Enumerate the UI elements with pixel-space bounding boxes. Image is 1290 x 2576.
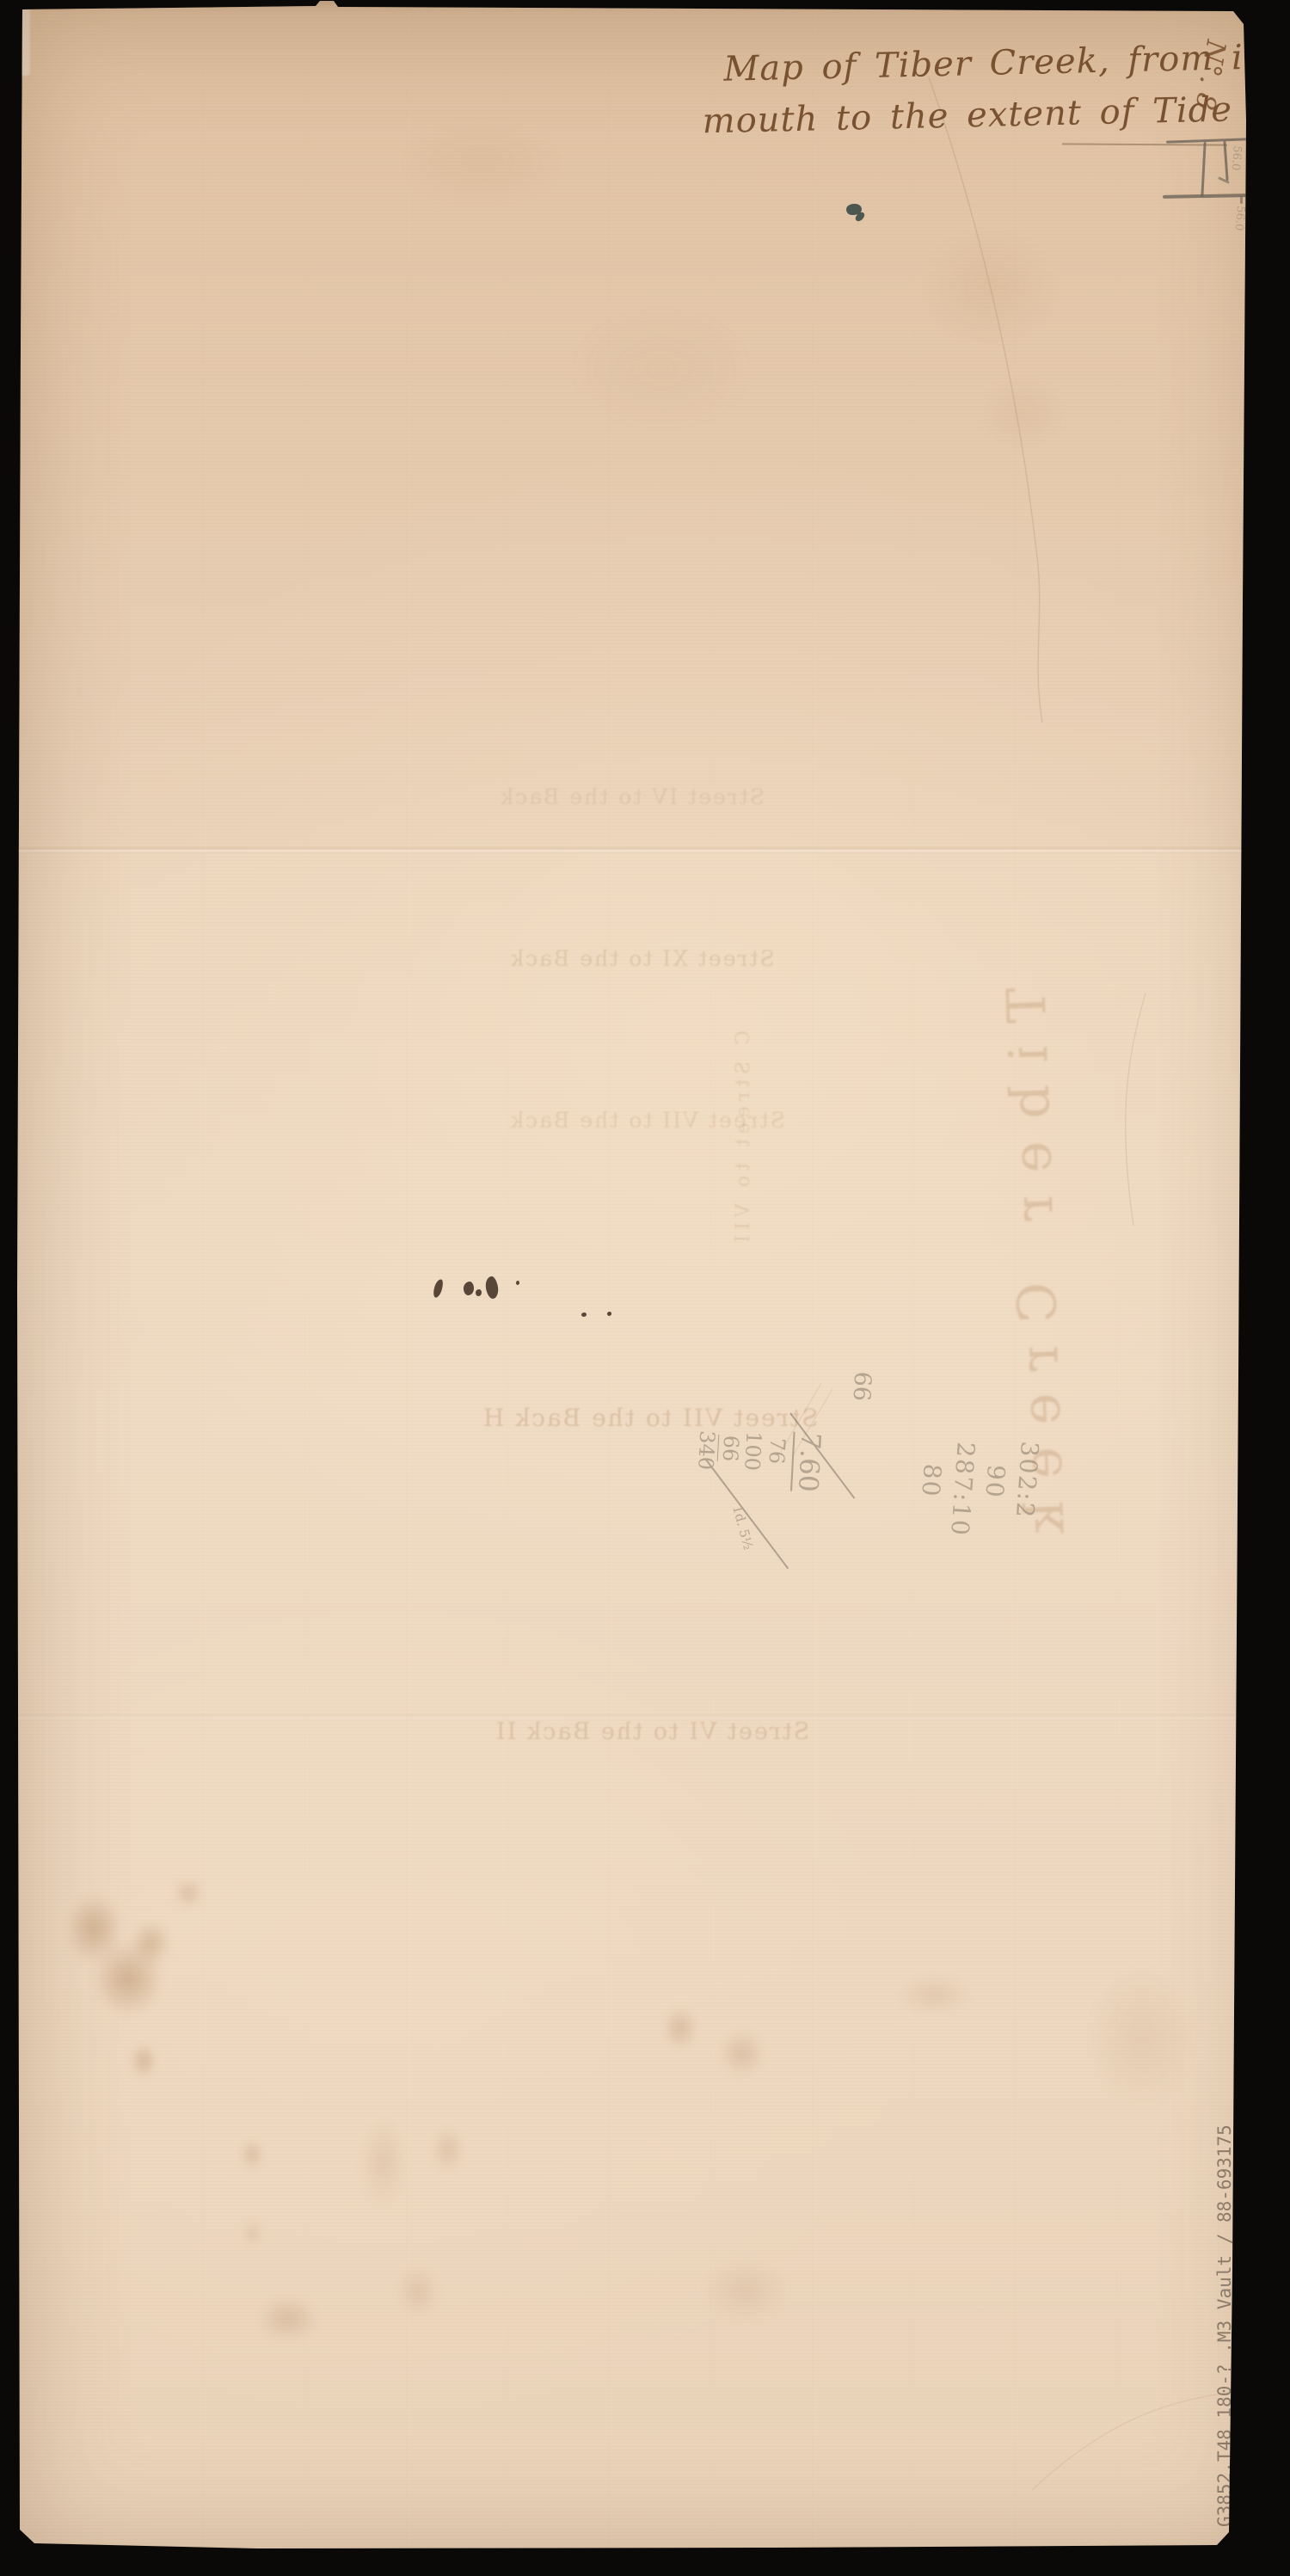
ink-blot bbox=[607, 1312, 611, 1316]
stain bbox=[169, 1873, 208, 1913]
division-row: 76 bbox=[765, 1437, 790, 1465]
ink-blot bbox=[581, 1313, 587, 1317]
ink-blot bbox=[432, 1278, 444, 1299]
stain bbox=[126, 2037, 162, 2085]
stain bbox=[1068, 1937, 1216, 2136]
stain bbox=[425, 2118, 471, 2181]
division-dividend: 7.60 bbox=[790, 1432, 826, 1493]
map-verso-sheet: Tiber Creek Street IV to the Back Street… bbox=[0, 0, 1290, 2576]
bleedthrough-line: Street IV to the Back bbox=[499, 784, 765, 809]
bleedthrough-vertical-line: C Street to VII bbox=[733, 1030, 754, 1247]
fold-crease bbox=[0, 846, 1290, 853]
sketch-number: 56.0 bbox=[1232, 206, 1247, 231]
stain bbox=[237, 2135, 267, 2174]
stain bbox=[894, 205, 1085, 370]
stain bbox=[368, 101, 593, 224]
ink-blot bbox=[484, 1276, 500, 1300]
stain bbox=[389, 2255, 447, 2327]
sketch-number: 56.0 bbox=[1229, 145, 1244, 171]
division-note: 1d. 5½ bbox=[729, 1503, 756, 1552]
stain bbox=[655, 1997, 705, 2059]
division-divisor: 66 bbox=[848, 1371, 876, 1402]
division-row: 66 bbox=[717, 1435, 744, 1462]
catalog-number: G3852.T48 180-? .M3 Vault / 88-693175 bbox=[1214, 2058, 1235, 2527]
stain bbox=[686, 2247, 805, 2334]
stain bbox=[961, 361, 1084, 466]
stain bbox=[884, 1968, 986, 2021]
paper-edge-sliver bbox=[17, 2, 30, 76]
bleedthrough-line: Street XI to the Back bbox=[509, 946, 775, 971]
ink-blot bbox=[476, 1289, 482, 1296]
photo-background: Tiber Creek Street IV to the Back Street… bbox=[0, 0, 1290, 2576]
stain bbox=[351, 2099, 416, 2224]
pencil-division-work: 66 7.60 76 100 66 340 1d. 5½ bbox=[685, 1358, 879, 1591]
pencil-number-column: 302:2 90 287:10 80 bbox=[893, 1432, 1046, 1571]
stain bbox=[122, 1911, 179, 1975]
division-row: 100 bbox=[740, 1430, 765, 1471]
stain bbox=[531, 282, 791, 456]
ink-blot bbox=[516, 1281, 519, 1285]
stain bbox=[241, 2216, 265, 2252]
sketch-tail bbox=[1240, 196, 1243, 204]
title-inscription: Map of Tiber Creek, from its mouth to th… bbox=[723, 32, 1242, 147]
division-row: 340 bbox=[693, 1430, 719, 1471]
ink-blot bbox=[464, 1282, 474, 1295]
bleedthrough-line: Street VI to the Back II bbox=[494, 1718, 809, 1745]
stain bbox=[710, 2020, 774, 2087]
stain bbox=[246, 2288, 330, 2350]
